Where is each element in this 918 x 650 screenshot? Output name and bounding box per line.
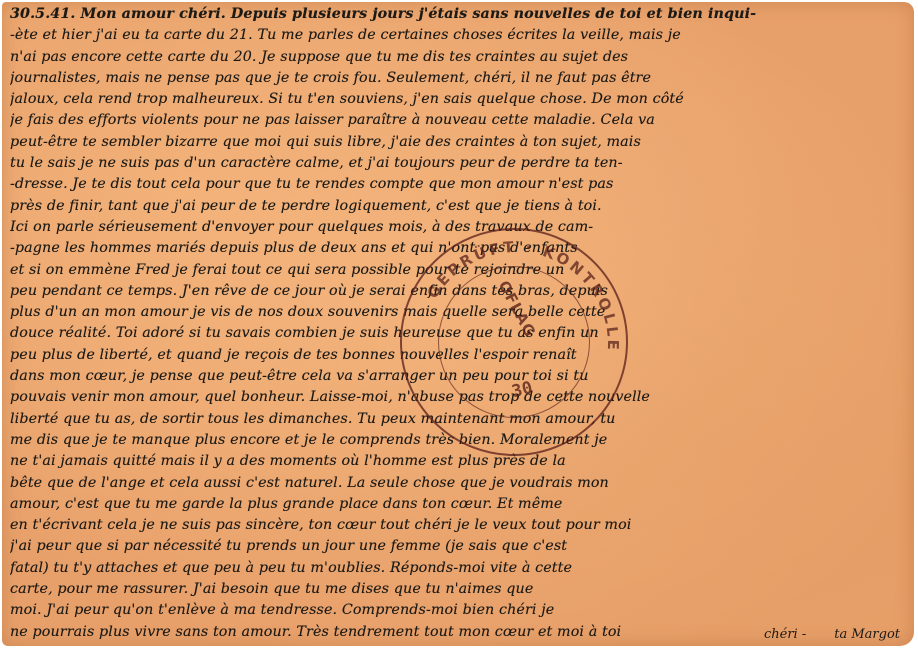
letter-line: 30.5.41. Mon amour chéri. Depuis plusieu… — [10, 4, 910, 25]
letter-line: -pagne les hommes mariés depuis plus de … — [10, 238, 910, 259]
signature: chéri -ta Margot — [764, 627, 900, 642]
letter-body: 30.5.41. Mon amour chéri. Depuis plusieu… — [10, 4, 910, 643]
postcard: 30.5.41. Mon amour chéri. Depuis plusieu… — [2, 2, 914, 646]
letter-line: peut-être te sembler bizarre que moi qui… — [10, 132, 910, 153]
letter-line: moi. J'ai peur qu'on t'enlève à ma tendr… — [10, 600, 910, 621]
letter-line: -ète et hier j'ai eu ta carte du 21. Tu … — [10, 25, 910, 46]
letter-line: -dresse. Je te dis tout cela pour que tu… — [10, 174, 910, 195]
letter-line: amour, c'est que tu me garde la plus gra… — [10, 494, 910, 515]
letter-line: peu plus de liberté, et quand je reçois … — [10, 345, 910, 366]
letter-line: bête que de l'ange et cela aussi c'est n… — [10, 473, 910, 494]
letter-line: douce réalité. Toi adoré si tu savais co… — [10, 323, 910, 344]
letter-line: carte, pour me rassurer. J'ai besoin que… — [10, 579, 910, 600]
letter-line: Ici on parle sérieusement d'envoyer pour… — [10, 217, 910, 238]
letter-line: en t'écrivant cela je ne suis pas sincèr… — [10, 515, 910, 536]
letter-line: près de finir, tant que j'ai peur de te … — [10, 196, 910, 217]
letter-line: me dis que je te manque plus encore et j… — [10, 430, 910, 451]
signature-closing: chéri - — [764, 627, 806, 642]
letter-line: dans mon cœur, je pense que peut-être ce… — [10, 366, 910, 387]
signature-name: ta Margot — [834, 627, 900, 642]
letter-line: liberté que tu as, de sortir tous les di… — [10, 409, 910, 430]
letter-line: fatal) tu t'y attaches et que peu à peu … — [10, 558, 910, 579]
letter-line: jaloux, cela rend trop malheureux. Si tu… — [10, 89, 910, 110]
letter-line: plus d'un an mon amour je vis de nos dou… — [10, 302, 910, 323]
letter-line: ne t'ai jamais quitté mais il y a des mo… — [10, 451, 910, 472]
letter-line: j'ai peur que si par nécessité tu prends… — [10, 536, 910, 557]
letter-line: et si on emmène Fred je ferai tout ce qu… — [10, 260, 910, 281]
letter-line: je fais des efforts violents pour ne pas… — [10, 110, 910, 131]
letter-line: pouvais venir mon amour, quel bonheur. L… — [10, 387, 910, 408]
letter-line: n'ai pas encore cette carte du 20. Je su… — [10, 47, 910, 68]
letter-line: tu le sais je ne suis pas d'un caractère… — [10, 153, 910, 174]
letter-line: journalistes, mais ne pense pas que je t… — [10, 68, 910, 89]
letter-line: peu pendant ce temps. J'en rêve de ce jo… — [10, 281, 910, 302]
